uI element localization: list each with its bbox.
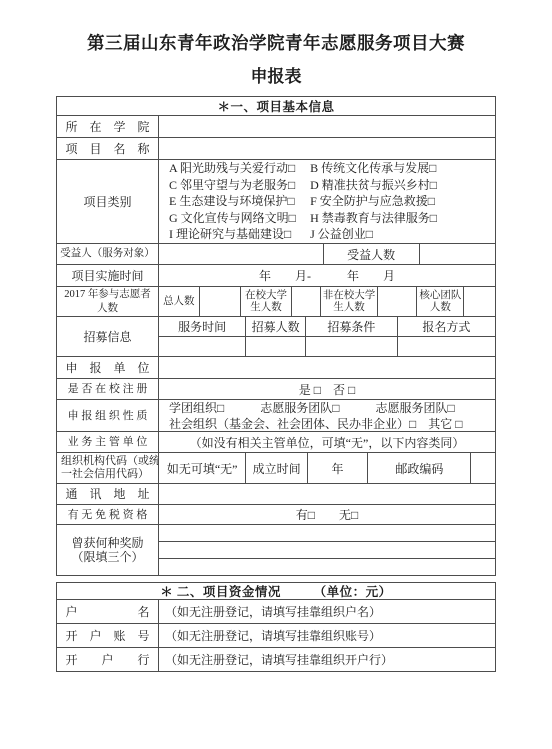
- category-options: A 阳光助残与关爱行动□ B 传统文化传承与发展□ C 邻里守望与为老服务□ D…: [159, 160, 495, 243]
- college-input-cell[interactable]: [158, 116, 495, 137]
- category-option-checkbox[interactable]: I 理论研究与基础建设□: [159, 226, 300, 243]
- beneficiary-input-cell[interactable]: [159, 244, 323, 264]
- volunteers-label-line2: 人数: [97, 302, 118, 316]
- category-option-checkbox[interactable]: H 禁毒教育与法律服务□: [300, 210, 495, 227]
- org-nature-label: 申 报 组 织 性 质: [57, 400, 158, 431]
- section1-header: ＊一、项目基本信息: [57, 97, 495, 115]
- recruit-col-service-time: 服务时间: [159, 317, 245, 336]
- volunteers-total-label: 总人数: [159, 287, 199, 316]
- recruit-service-time-input-cell[interactable]: [159, 337, 245, 356]
- volunteers-label-line1: 2017 年参与志愿者: [64, 288, 151, 302]
- category-option-checkbox[interactable]: B 传统文化传承与发展□: [300, 160, 495, 177]
- address-label: 通 讯 地 址: [57, 484, 158, 504]
- registered-checkboxes[interactable]: 是 □ 否 □: [158, 379, 495, 399]
- recruit-col-signup: 报名方式: [397, 317, 495, 336]
- org-code-label-line2: 一社会信用代码）: [61, 468, 149, 482]
- bank-label: 开 户 行: [57, 648, 158, 671]
- category-label: 项目类别: [57, 160, 158, 243]
- section2-header: ＊ 二、项目资金情况 （单位：元）: [57, 583, 495, 599]
- founded-year-input-cell[interactable]: 年: [307, 453, 367, 483]
- org-code-label: 组织机构代码（或统 一社会信用代码）: [57, 453, 158, 483]
- volunteers-offcampus-input-cell[interactable]: [377, 287, 416, 316]
- recruit-input-row: [159, 336, 495, 356]
- recruit-col-conditions: 招募条件: [305, 317, 397, 336]
- impl-time-input-cell[interactable]: 年 月- 年 月: [158, 265, 495, 286]
- recruit-col-headcount: 招募人数: [245, 317, 304, 336]
- volunteers-core-input-cell[interactable]: [463, 287, 495, 316]
- beneficiary-label: 受益人（服务对象）: [57, 244, 158, 264]
- form-title-line2: 申报表: [0, 62, 552, 87]
- volunteers-label: 2017 年参与志愿者 人数: [57, 287, 158, 316]
- tax-exempt-checkboxes[interactable]: 有□ 无□: [158, 505, 495, 524]
- recruit-conditions-input-cell[interactable]: [305, 337, 397, 356]
- category-option-checkbox[interactable]: E 生态建设与环境保护□: [159, 193, 300, 210]
- award-input-row-1[interactable]: [159, 525, 495, 541]
- bank-input-cell[interactable]: （如无注册登记，请填写挂靠组织开户行）: [158, 648, 495, 671]
- applicant-unit-label: 申 报 单 位: [57, 357, 158, 378]
- volunteers-core-label: 核心团队人数: [416, 287, 463, 316]
- beneficiary-count-label: 受益人数: [323, 244, 419, 264]
- postal-code-label: 邮政编码: [367, 453, 470, 483]
- volunteers-total-input-cell[interactable]: [199, 287, 241, 316]
- category-option-checkbox[interactable]: C 邻里守望与为老服务□: [159, 177, 300, 194]
- category-option-checkbox[interactable]: D 精准扶贫与振兴乡村□: [300, 177, 495, 194]
- applicant-unit-input-cell[interactable]: [158, 357, 495, 378]
- recruit-header-row: 服务时间 招募人数 招募条件 报名方式: [159, 317, 495, 336]
- category-option-checkbox[interactable]: A 阳光助残与关爱行动□: [159, 160, 300, 177]
- tax-exempt-label: 有 无 免 税 资 格: [57, 505, 158, 524]
- award-input-row-2[interactable]: [159, 541, 495, 558]
- registered-label: 是 否 在 校 注 册: [57, 379, 158, 399]
- recruit-signup-input-cell[interactable]: [397, 337, 495, 356]
- volunteers-offcampus-label: 非在校大学生人数: [320, 287, 378, 316]
- volunteers-oncampus-label: 在校大学生人数: [240, 287, 290, 316]
- org-code-input-cell[interactable]: 如无可填“无”: [159, 453, 245, 483]
- form-page: 第三届山东青年政治学院青年志愿服务项目大赛 申报表 ＊一、项目基本信息 所 在 …: [0, 0, 552, 749]
- category-option-checkbox[interactable]: J 公益创业□: [300, 226, 495, 243]
- awards-label: 曾获何种奖励 （限填三个）: [57, 525, 158, 575]
- category-option-checkbox[interactable]: G 文化宣传与网络文明□: [159, 210, 300, 227]
- org-nature-options-line2[interactable]: 社会组织（基金会、社会团体、民办非企业）□ 其它 □: [159, 416, 495, 432]
- awards-label-line2: （限填三个）: [71, 550, 143, 564]
- org-nature-options-line1[interactable]: 学团组织□ 志愿服务团队□ 志愿服务团队□: [159, 400, 495, 416]
- award-input-row-3[interactable]: [159, 558, 495, 575]
- volunteers-oncampus-input-cell[interactable]: [291, 287, 320, 316]
- account-name-label: 户 名: [57, 600, 158, 623]
- project-name-input-cell[interactable]: [158, 138, 495, 159]
- org-code-label-line1: 组织机构代码（或统: [61, 455, 158, 469]
- form-title-line1: 第三届山东青年政治学院青年志愿服务项目大赛: [0, 0, 552, 55]
- category-option-checkbox[interactable]: F 安全防护与应急救援□: [300, 193, 495, 210]
- section2-table: ＊ 二、项目资金情况 （单位：元） 户 名 （如无注册登记，请填写挂靠组织户名）…: [56, 582, 496, 672]
- supervisor-unit-input-cell[interactable]: （如没有相关主管单位，可填“无”，以下内容类同）: [158, 432, 495, 452]
- impl-time-label: 项目实施时间: [57, 265, 158, 286]
- section1-table: ＊一、项目基本信息 所 在 学 院 项 目 名 称 项目类别 A 阳光助残与关爱…: [56, 96, 496, 576]
- postal-code-input-cell[interactable]: [470, 453, 495, 483]
- account-number-input-cell[interactable]: （如无注册登记，请填写挂靠组织账号）: [158, 624, 495, 647]
- address-input-cell[interactable]: [158, 484, 495, 504]
- beneficiary-count-input-cell[interactable]: [419, 244, 495, 264]
- college-label: 所 在 学 院: [57, 116, 158, 137]
- supervisor-unit-label: 业 务 主 管 单 位: [57, 432, 158, 452]
- recruit-headcount-input-cell[interactable]: [245, 337, 304, 356]
- account-number-label: 开 户 账 号: [57, 624, 158, 647]
- founded-label: 成立时间: [245, 453, 306, 483]
- project-name-label: 项 目 名 称: [57, 138, 158, 159]
- recruit-label: 招募信息: [57, 317, 158, 356]
- awards-label-line1: 曾获何种奖励: [71, 536, 143, 550]
- account-name-input-cell[interactable]: （如无注册登记，请填写挂靠组织户名）: [158, 600, 495, 623]
